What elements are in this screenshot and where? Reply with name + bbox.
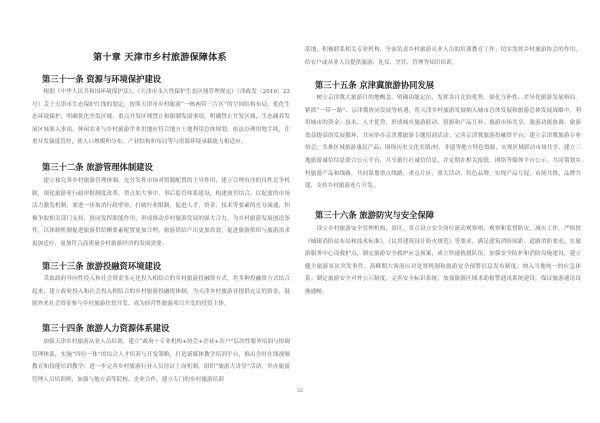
section-heading-35: 第三十五条 京津冀旅游协同发展 [315,79,434,91]
section-heading-36: 第三十六条 旅游防灾与安全保障 [315,209,434,221]
section-body-32: 建立和完善乡村旅游管理体制，充分发挥市场对资源配置的主导作用，建立合理有序的良性… [32,175,290,251]
section-body-31: 根据《中华人民共和国环境保护法》、《天津市永久性保护生态区域管理规定》（津政发〔… [32,86,290,149]
section-body-35: 树立京津冀大旅游目的地概念，明确功能定位，发挥各自比较优势，强化互补性、差异化旅… [305,92,581,193]
section-heading-31: 第三十一条 资源与环境保护建设 [42,73,161,85]
continuation-text: 基地，积极联系相关专业机构，全面负责乡村旅游从业人员的培训教育工作；切实发挥乡村… [305,44,581,69]
section-body-36: 设立乡村旅游安全管理机构，景区、景点设立安全岗位流动观察哨，观察和监督防灾、减灾… [305,223,581,299]
section-heading-34: 第三十四条 旅游人力资源体系建设 [42,322,169,334]
chapter-title: 第十章 天津市乡村旅游保障体系 [30,50,290,63]
section-heading-32: 第三十二条 旅游管理体制建设 [42,161,153,173]
page-number: 32 [290,388,310,394]
section-body-34: 加强天津乡村旅游从业人员培训，建立“政府＋专业机构+协会+企业+农户”层次性服务… [32,336,290,386]
section-body-33: 采取政府导向性投入和社会资金多元化投入相结合的乡村旅游投融资方式，将多种投融资方… [32,273,290,311]
section-heading-33: 第三十三条 旅游投融资环境建设 [42,260,161,272]
